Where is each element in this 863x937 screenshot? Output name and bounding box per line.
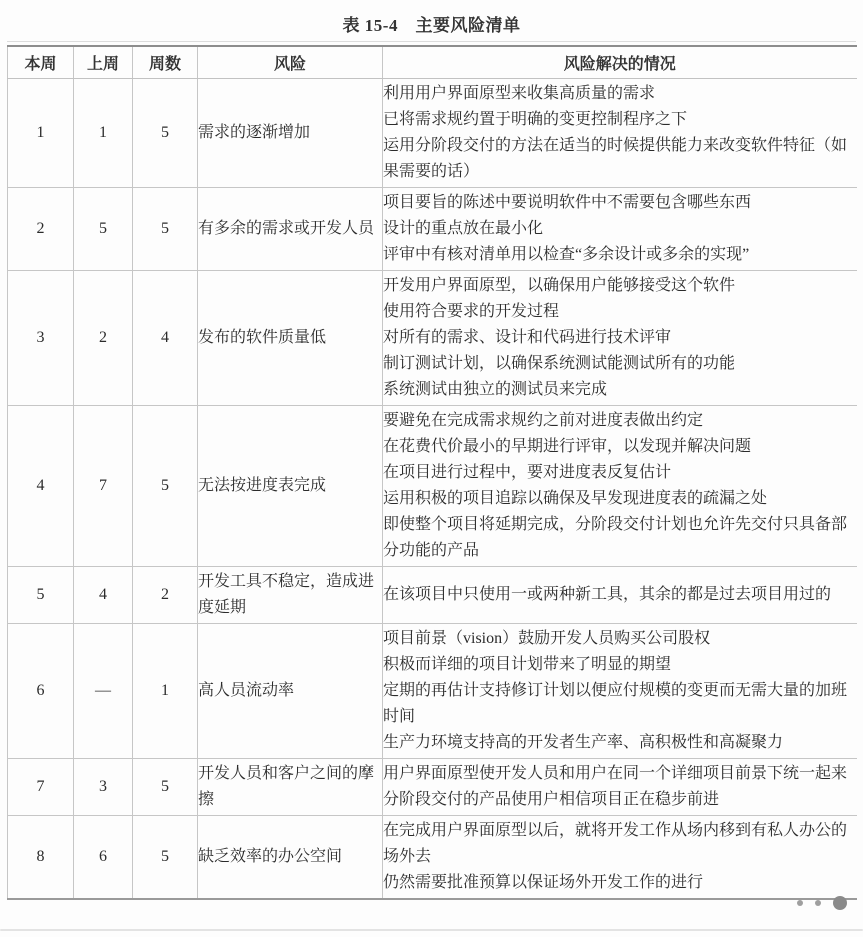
resolution-line: 设计的重点放在最小化	[383, 216, 857, 242]
resolution-line: 在花费代价最小的早期进行评审，以发现并解决问题	[383, 434, 857, 460]
resolution-line: 在完成用户界面原型以后，就将开发工作从场内移到有私人办公的场外去	[383, 818, 857, 870]
resolution-line: 用户界面原型使开发人员和用户在同一个详细项目前景下统一起来	[383, 761, 857, 787]
resolution-line: 制订测试计划，以确保系统测试能测试所有的功能	[383, 351, 857, 377]
table-row: 1 1 5 需求的逐渐增加 利用用户界面原型来收集高质量的需求已将需求规约置于明…	[8, 79, 857, 188]
cell-resolutions: 用户界面原型使开发人员和用户在同一个详细项目前景下统一起来分阶段交付的产品使用户…	[383, 759, 857, 816]
resolution-line: 积极而详细的项目计划带来了明显的期望	[383, 652, 857, 678]
resolution-line: 开发用户界面原型，以确保用户能够接受这个软件	[383, 273, 857, 299]
table-row: 8 6 5 缺乏效率的办公空间 在完成用户界面原型以后，就将开发工作从场内移到有…	[8, 816, 857, 900]
cell-resolutions: 要避免在完成需求规约之前对进度表做出约定在花费代价最小的早期进行评审，以发现并解…	[383, 406, 857, 567]
scan-line-bottom	[0, 929, 863, 931]
cell-last-week: 6	[74, 816, 133, 900]
cell-risk: 发布的软件质量低	[198, 271, 383, 406]
resolution-line: 项目要旨的陈述中要说明软件中不需要包含哪些东西	[383, 190, 857, 216]
cell-risk: 高人员流动率	[198, 624, 383, 759]
cell-resolutions: 利用用户界面原型来收集高质量的需求已将需求规约置于明确的变更控制程序之下运用分阶…	[383, 79, 857, 188]
cell-weeks: 5	[133, 188, 198, 271]
cell-weeks: 1	[133, 624, 198, 759]
resolution-line: 评审中有核对清单用以检查“多余设计或多余的实现”	[383, 242, 857, 268]
resolution-line: 在该项目中只使用一或两种新工具，其余的都是过去项目用过的	[383, 582, 857, 608]
dot-icon	[815, 900, 821, 906]
cell-this-week: 1	[8, 79, 74, 188]
resolution-line: 使用符合要求的开发过程	[383, 299, 857, 325]
cell-risk: 有多余的需求或开发人员	[198, 188, 383, 271]
resolution-line: 系统测试由独立的测试员来完成	[383, 377, 857, 403]
risk-table-body: 1 1 5 需求的逐渐增加 利用用户界面原型来收集高质量的需求已将需求规约置于明…	[8, 79, 857, 900]
dot-icon	[797, 900, 803, 906]
cell-resolutions: 在该项目中只使用一或两种新工具，其余的都是过去项目用过的	[383, 567, 857, 624]
resolution-line: 对所有的需求、设计和代码进行技术评审	[383, 325, 857, 351]
cell-this-week: 2	[8, 188, 74, 271]
cell-this-week: 3	[8, 271, 74, 406]
table-caption: 表 15-4 主要风险清单	[0, 0, 863, 36]
resolution-line: 运用分阶段交付的方法在适当的时候提供能力来改变软件特征（如果需要的话）	[383, 133, 857, 185]
cell-this-week: 5	[8, 567, 74, 624]
page: 表 15-4 主要风险清单 本周 上周 周数 风险 风险解决的情况 1 1 5 …	[0, 0, 863, 937]
risk-table-header: 本周 上周 周数 风险 风险解决的情况	[8, 46, 857, 79]
scan-line-top	[7, 41, 856, 42]
cell-weeks: 5	[133, 406, 198, 567]
cell-last-week: 5	[74, 188, 133, 271]
cell-last-week: —	[74, 624, 133, 759]
cell-last-week: 4	[74, 567, 133, 624]
cell-resolutions: 项目前景（vision）鼓励开发人员购买公司股权积极而详细的项目计划带来了明显的…	[383, 624, 857, 759]
cell-risk: 开发人员和客户之间的摩擦	[198, 759, 383, 816]
cell-resolutions: 开发用户界面原型，以确保用户能够接受这个软件使用符合要求的开发过程对所有的需求、…	[383, 271, 857, 406]
cell-weeks: 5	[133, 816, 198, 900]
resolution-line: 已将需求规约置于明确的变更控制程序之下	[383, 107, 857, 133]
cell-this-week: 7	[8, 759, 74, 816]
header-resolution: 风险解决的情况	[383, 46, 857, 79]
resolution-line: 仍然需要批准预算以保证场外开发工作的进行	[383, 870, 857, 896]
page-marker-dots	[797, 896, 847, 910]
cell-resolutions: 项目要旨的陈述中要说明软件中不需要包含哪些东西设计的重点放在最小化评审中有核对清…	[383, 188, 857, 271]
header-risk: 风险	[198, 46, 383, 79]
cell-weeks: 5	[133, 79, 198, 188]
cell-this-week: 8	[8, 816, 74, 900]
cell-risk: 开发工具不稳定，造成进度延期	[198, 567, 383, 624]
dot-icon	[833, 896, 847, 910]
cell-weeks: 2	[133, 567, 198, 624]
resolution-line: 定期的再估计支持修订计划以便应付规模的变更而无需大量的加班时间	[383, 678, 857, 730]
cell-last-week: 3	[74, 759, 133, 816]
header-last-week: 上周	[74, 46, 133, 79]
cell-weeks: 5	[133, 759, 198, 816]
table-row: 7 3 5 开发人员和客户之间的摩擦 用户界面原型使开发人员和用户在同一个详细项…	[8, 759, 857, 816]
table-row: 6 — 1 高人员流动率 项目前景（vision）鼓励开发人员购买公司股权积极而…	[8, 624, 857, 759]
resolution-line: 在项目进行过程中，要对进度表反复估计	[383, 460, 857, 486]
risk-table: 本周 上周 周数 风险 风险解决的情况 1 1 5 需求的逐渐增加 利用用户界面…	[7, 45, 857, 900]
cell-risk: 需求的逐渐增加	[198, 79, 383, 188]
cell-weeks: 4	[133, 271, 198, 406]
cell-last-week: 7	[74, 406, 133, 567]
cell-risk: 缺乏效率的办公空间	[198, 816, 383, 900]
resolution-line: 要避免在完成需求规约之前对进度表做出约定	[383, 408, 857, 434]
cell-this-week: 6	[8, 624, 74, 759]
table-row: 2 5 5 有多余的需求或开发人员 项目要旨的陈述中要说明软件中不需要包含哪些东…	[8, 188, 857, 271]
resolution-line: 生产力环境支持高的开发者生产率、高积极性和高凝聚力	[383, 730, 857, 756]
header-weeks: 周数	[133, 46, 198, 79]
table-row: 3 2 4 发布的软件质量低 开发用户界面原型，以确保用户能够接受这个软件使用符…	[8, 271, 857, 406]
resolution-line: 分阶段交付的产品使用户相信项目正在稳步前进	[383, 787, 857, 813]
cell-risk: 无法按进度表完成	[198, 406, 383, 567]
cell-last-week: 1	[74, 79, 133, 188]
cell-last-week: 2	[74, 271, 133, 406]
resolution-line: 利用用户界面原型来收集高质量的需求	[383, 81, 857, 107]
cell-resolutions: 在完成用户界面原型以后，就将开发工作从场内移到有私人办公的场外去仍然需要批准预算…	[383, 816, 857, 900]
table-row: 4 7 5 无法按进度表完成 要避免在完成需求规约之前对进度表做出约定在花费代价…	[8, 406, 857, 567]
cell-this-week: 4	[8, 406, 74, 567]
header-this-week: 本周	[8, 46, 74, 79]
table-row: 5 4 2 开发工具不稳定，造成进度延期 在该项目中只使用一或两种新工具，其余的…	[8, 567, 857, 624]
resolution-line: 运用积极的项目追踪以确保及早发现进度表的疏漏之处	[383, 486, 857, 512]
resolution-line: 即使整个项目将延期完成，分阶段交付计划也允许先交付只具备部分功能的产品	[383, 512, 857, 564]
header-row: 本周 上周 周数 风险 风险解决的情况	[8, 46, 857, 79]
resolution-line: 项目前景（vision）鼓励开发人员购买公司股权	[383, 626, 857, 652]
